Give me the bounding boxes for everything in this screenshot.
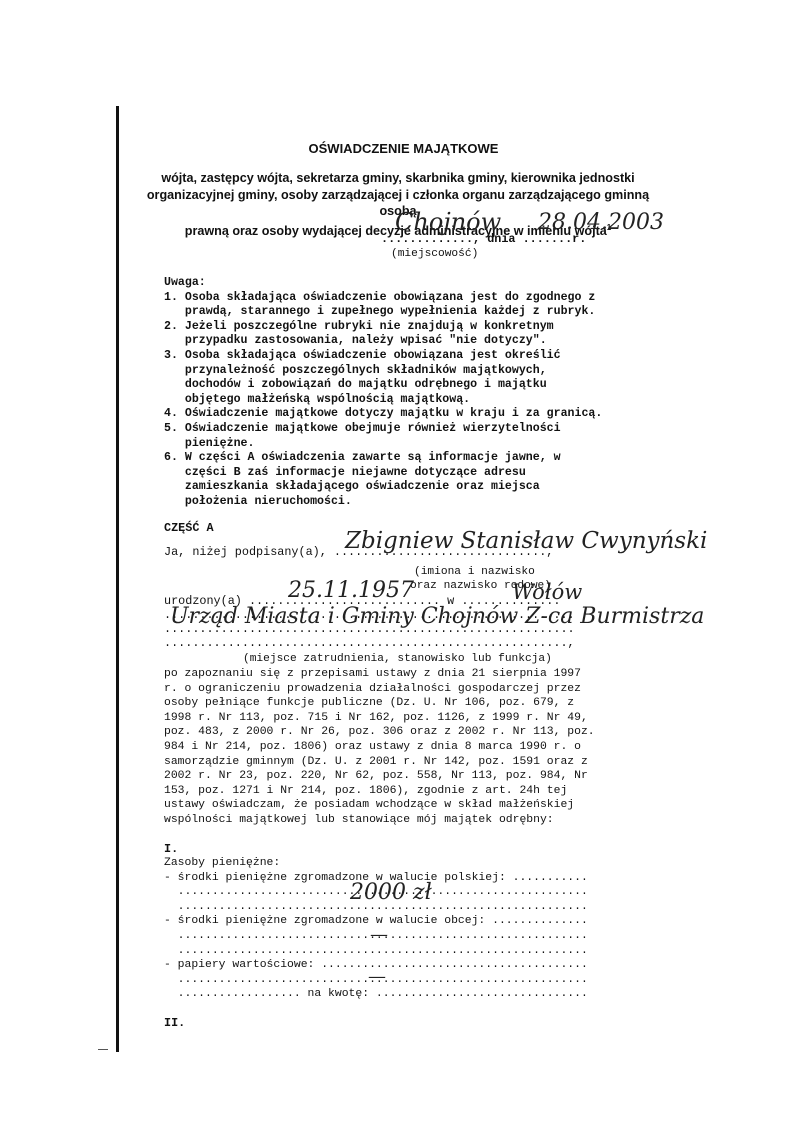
handwritten-name: Zbigniew Stanisław Cwynyński xyxy=(345,528,707,554)
note-line: przypadku zastosowania, należy wpisać "n… xyxy=(164,334,602,349)
document-title: OŚWIADCZENIE MAJĄTKOWE xyxy=(0,141,807,156)
handwritten-birth-place: Wołów xyxy=(512,580,582,604)
statement-line: ustawy oświadczam, że posiadam wchodzące… xyxy=(164,798,595,813)
note-line: 1. Osoba składająca oświadczenie obowiąz… xyxy=(164,291,602,306)
section-1-line: .................. na kwotę: ...........… xyxy=(164,987,588,1002)
statement-line: 1998 r. Nr 113, poz. 715 i Nr 162, poz. … xyxy=(164,711,595,726)
statement-line: samorządzie gminnym (Dz. U. z 2001 r. Nr… xyxy=(164,755,595,770)
handwritten-foreign-dash: — xyxy=(370,924,388,945)
note-line: prawdą, starannego i zupełnego wypełnien… xyxy=(164,305,602,320)
note-line: części B zaś informacje niejawne dotyczą… xyxy=(164,466,602,481)
part-a-heading: CZĘŚĆ A xyxy=(164,521,214,535)
dots-line: ........................................… xyxy=(164,636,575,650)
statement-line: 984 i Nr 214, poz. 1806) oraz ustawy z d… xyxy=(164,740,595,755)
place-date-line: ............., dnia .......r. xyxy=(381,232,586,246)
binding-margin-line xyxy=(116,106,119,1052)
statement-line: wspólności majątkowej lub stanowiące mój… xyxy=(164,813,595,828)
place-label: (miejscowość) xyxy=(391,247,478,261)
employment-label: (miejsce zatrudnienia, stanowisko lub fu… xyxy=(243,652,552,666)
note-line: 5. Oświadczenie majątkowe obejmuje równi… xyxy=(164,422,602,437)
note-line: 4. Oświadczenie majątkowe dotyczy majątk… xyxy=(164,407,602,422)
note-line: 2. Jeżeli poszczególne rubryki nie znajd… xyxy=(164,320,602,335)
note-line: objętego małżeńską wspólnością majątkową… xyxy=(164,393,602,408)
note-line: położenia nieruchomości. xyxy=(164,495,602,510)
statement-line: osoby pełniące funkcje publiczne (Dz. U.… xyxy=(164,696,595,711)
statement-paragraph: po zapoznaniu się z przepisami ustawy z … xyxy=(164,667,595,828)
note-line: zamieszkania składającego oświadczenie o… xyxy=(164,480,602,495)
note-line: przynależność poszczególnych składników … xyxy=(164,364,602,379)
statement-line: 2002 r. Nr 23, poz. 220, Nr 62, poz. 558… xyxy=(164,769,595,784)
section-1-line: Zasoby pieniężne: xyxy=(164,856,588,871)
notes-heading: Uwaga: xyxy=(164,276,602,291)
subtitle-line: wójta, zastępcy wójta, sekretarza gminy,… xyxy=(128,170,668,187)
margin-tick-mark xyxy=(98,1049,108,1050)
note-line: 6. W części A oświadczenia zawarte są in… xyxy=(164,451,602,466)
handwritten-employment: Urząd Miasta i Gminy Chojnów Z-ca Burmis… xyxy=(170,604,704,629)
statement-line: r. o ograniczeniu prowadzenia działalnoś… xyxy=(164,682,595,697)
notes-block: Uwaga: 1. Osoba składająca oświadczenie … xyxy=(164,276,602,510)
handwritten-pln-amount: 2000 zł xyxy=(350,880,432,905)
handwritten-birth-date: 25.11.1957 xyxy=(288,578,414,603)
note-line: 3. Osoba składająca oświadczenie obowiąz… xyxy=(164,349,602,364)
name-label-1: (imiona i nazwisko xyxy=(414,565,535,579)
handwritten-securities-dash: — xyxy=(368,966,386,987)
section-2-heading: II. xyxy=(164,1016,185,1030)
section-1-heading: I. xyxy=(164,842,178,856)
document-page: OŚWIADCZENIE MAJĄTKOWE wójta, zastępcy w… xyxy=(0,0,807,1140)
statement-line: 153, poz. 1271 i Nr 214, poz. 1806), zgo… xyxy=(164,784,595,799)
section-1-line: ........................................… xyxy=(164,944,588,959)
statement-line: po zapoznaniu się z przepisami ustawy z … xyxy=(164,667,595,682)
note-line: dochodów i zobowiązań do majątku odrębne… xyxy=(164,378,602,393)
statement-line: poz. 483, z 2000 r. Nr 26, poz. 306 oraz… xyxy=(164,725,595,740)
note-line: pieniężne. xyxy=(164,437,602,452)
